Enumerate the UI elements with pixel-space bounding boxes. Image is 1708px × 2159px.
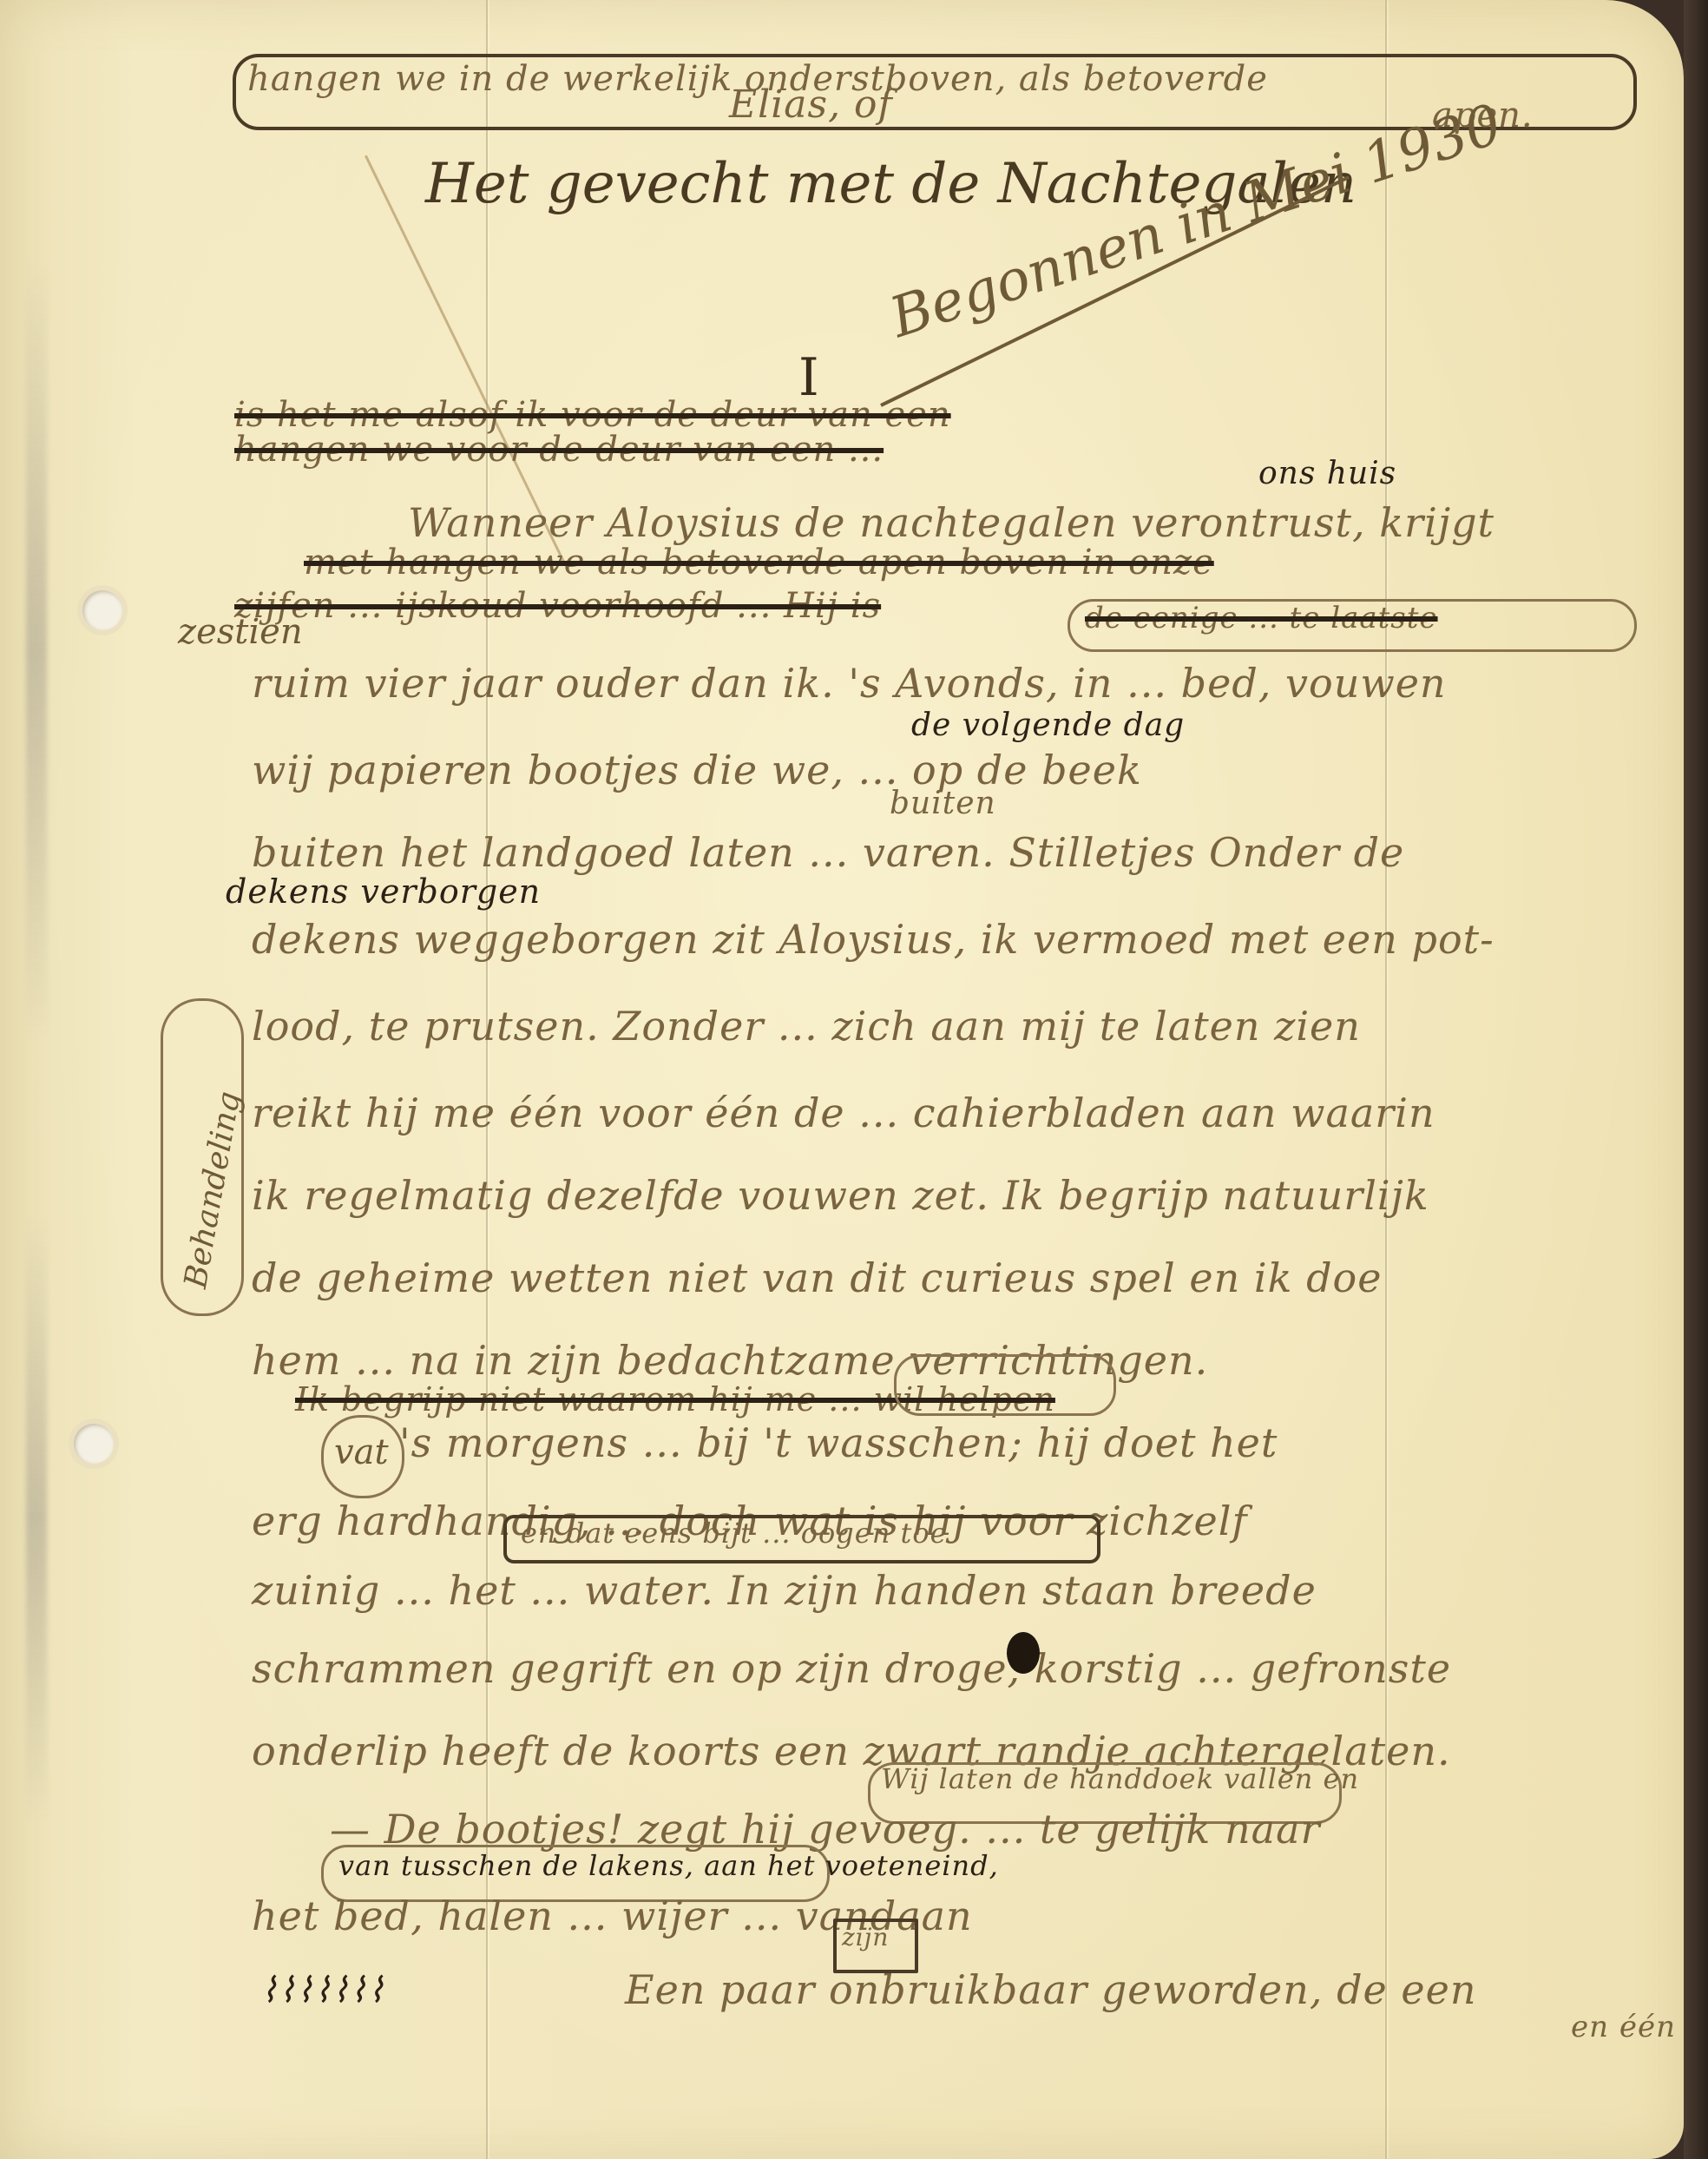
punch-hole (82, 590, 122, 630)
text-line: de geheime wetten niet van dit curieus s… (252, 1254, 1382, 1301)
insertion: en dat eens bijt ... oogen toe (521, 1517, 948, 1550)
ink-blot (1007, 1632, 1040, 1674)
smudge (26, 1215, 47, 1823)
text-line: schrammen gegrift en op zijn droge, kors… (252, 1645, 1451, 1692)
text-line: ik regelmatig dezelfde vouwen zet. Ik be… (252, 1172, 1429, 1219)
insertion-struck: de eenige ... te laatste (1085, 601, 1438, 635)
text-line: 's morgens ... bij 't wasschen; hij doet… (399, 1419, 1278, 1466)
margin-circle (321, 1415, 404, 1498)
text-line: reikt hij me één voor één de ... cahierb… (252, 1089, 1435, 1136)
line-struck: hangen we voor de deur van een ... (234, 430, 884, 470)
struck-scribble: ⌇⌇⌇⌇⌇⌇⌇ (260, 1971, 385, 2011)
text-line: Wanneer Aloysius de nachtegalen verontru… (408, 499, 1494, 546)
text-line: zuinig ... het ... water. In zijn handen… (252, 1567, 1317, 1614)
insertion: van tusschen de lakens, aan het voetenei… (338, 1849, 999, 1882)
insertion: buiten (890, 786, 996, 821)
paper-fold (1385, 0, 1387, 2159)
subtitle-insertion: Elias, of (729, 82, 893, 127)
insertion-box (894, 1354, 1116, 1416)
text-line: buiten het landgoed laten ... varen. Sti… (252, 829, 1404, 876)
insertion: dekens verborgen (226, 872, 541, 911)
margin-note: zestien (178, 612, 303, 652)
smudge (26, 260, 47, 1042)
insertion: zijn (842, 1923, 889, 1952)
page-edge (1684, 0, 1708, 2159)
text-line: wij papieren bootjes die we, ... op de b… (252, 747, 1142, 793)
punch-hole (74, 1424, 114, 1464)
insertion: Wij laten de handdoek vallen en (881, 1762, 1359, 1795)
trailing-note: en één (1571, 2010, 1676, 2044)
insertion: ons huis (1258, 456, 1396, 491)
text-line: dekens weggeborgen zit Aloysius, ik verm… (252, 916, 1494, 963)
manuscript-page: hangen we in de werkelijk onderstboven, … (0, 0, 1684, 2159)
line-struck: zijfen ... ijskoud voorhoofd ... Hij is (234, 586, 881, 626)
line-struck: met hangen we als betoverde apen boven i… (304, 543, 1214, 583)
insertion: de volgende dag (911, 708, 1185, 743)
text-line: Een paar onbruikbaar geworden, de een (625, 1966, 1476, 2013)
text-line: lood, te prutsen. Zonder ... zich aan mi… (252, 1003, 1361, 1050)
text-line: ruim vier jaar ouder dan ik. 's Avonds, … (252, 660, 1447, 707)
date-note: Begonnen in Mei 1930 (883, 92, 1509, 351)
